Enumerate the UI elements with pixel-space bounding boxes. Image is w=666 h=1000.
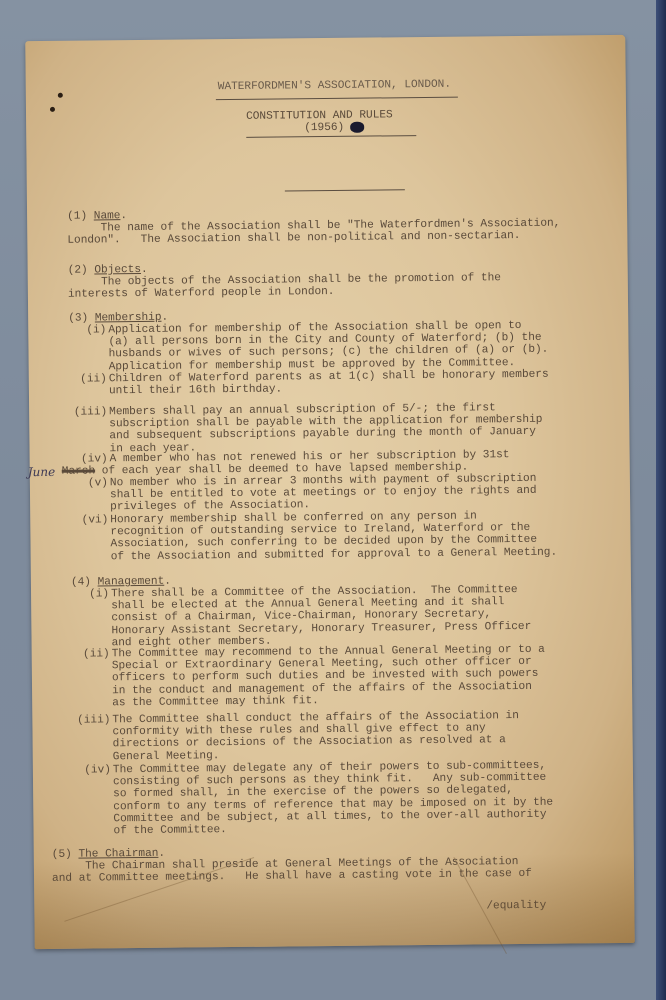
- clause-line: General Meeting.: [113, 750, 220, 763]
- section-heading: (2) Objects.: [68, 264, 148, 277]
- clause-number: (ii): [83, 648, 110, 660]
- clause-number: (iv): [84, 764, 111, 776]
- section-heading: (1) Name.: [67, 210, 127, 223]
- clause-number: (iv): [81, 453, 108, 465]
- paragraph-line: interests of Waterford people in London.: [68, 286, 335, 301]
- ink-blot: [350, 122, 364, 133]
- handwritten-correction: June: [28, 465, 56, 479]
- struck-word: March: [62, 466, 95, 478]
- clause-number: (vi): [82, 514, 109, 526]
- punctuation: .: [158, 848, 165, 860]
- document-subtitle: CONSTITUTION AND RULES: [246, 109, 393, 123]
- clause-line: of the Committee.: [113, 824, 226, 837]
- punch-hole: [58, 93, 63, 98]
- punctuation: .: [120, 210, 127, 222]
- separator-rule: [285, 189, 405, 191]
- clause-number: (v): [88, 477, 108, 489]
- clause-line: until their 16th birthday.: [109, 384, 282, 398]
- document-body: (1) Name. The name of the Association sh…: [25, 35, 625, 41]
- section-number: (5): [52, 849, 79, 861]
- section-number: (1): [67, 210, 94, 222]
- document-year: (1956): [304, 122, 344, 135]
- section-number: (4): [71, 576, 98, 588]
- section-title: The Chairman: [78, 848, 158, 861]
- section-title: Name: [94, 210, 121, 222]
- typewritten-document: WATERFORDMEN'S ASSOCIATION, LONDON. CONS…: [25, 35, 634, 949]
- clause-number: (i): [86, 324, 106, 336]
- clause-number: (iii): [77, 714, 110, 727]
- title-underline: [216, 97, 458, 101]
- punctuation: .: [164, 576, 171, 588]
- subtitle-underline: [246, 135, 416, 138]
- clause-number: (i): [89, 588, 109, 600]
- clause-number: (ii): [80, 373, 107, 385]
- clause-line: as the Committee may think fit.: [112, 695, 319, 709]
- section-number: (2): [68, 264, 95, 276]
- section-number: (3): [68, 312, 95, 324]
- document-title: WATERFORDMEN'S ASSOCIATION, LONDON.: [218, 79, 451, 94]
- punctuation: .: [161, 312, 168, 324]
- punctuation: .: [141, 264, 148, 276]
- punch-hole: [50, 107, 55, 112]
- catchword: /equality: [486, 900, 546, 913]
- clause-number: (iii): [74, 406, 107, 419]
- background-edge: [656, 0, 666, 1000]
- section-title: Membership: [95, 312, 162, 325]
- section-title: Objects: [94, 264, 141, 276]
- section-title: Management: [98, 576, 165, 589]
